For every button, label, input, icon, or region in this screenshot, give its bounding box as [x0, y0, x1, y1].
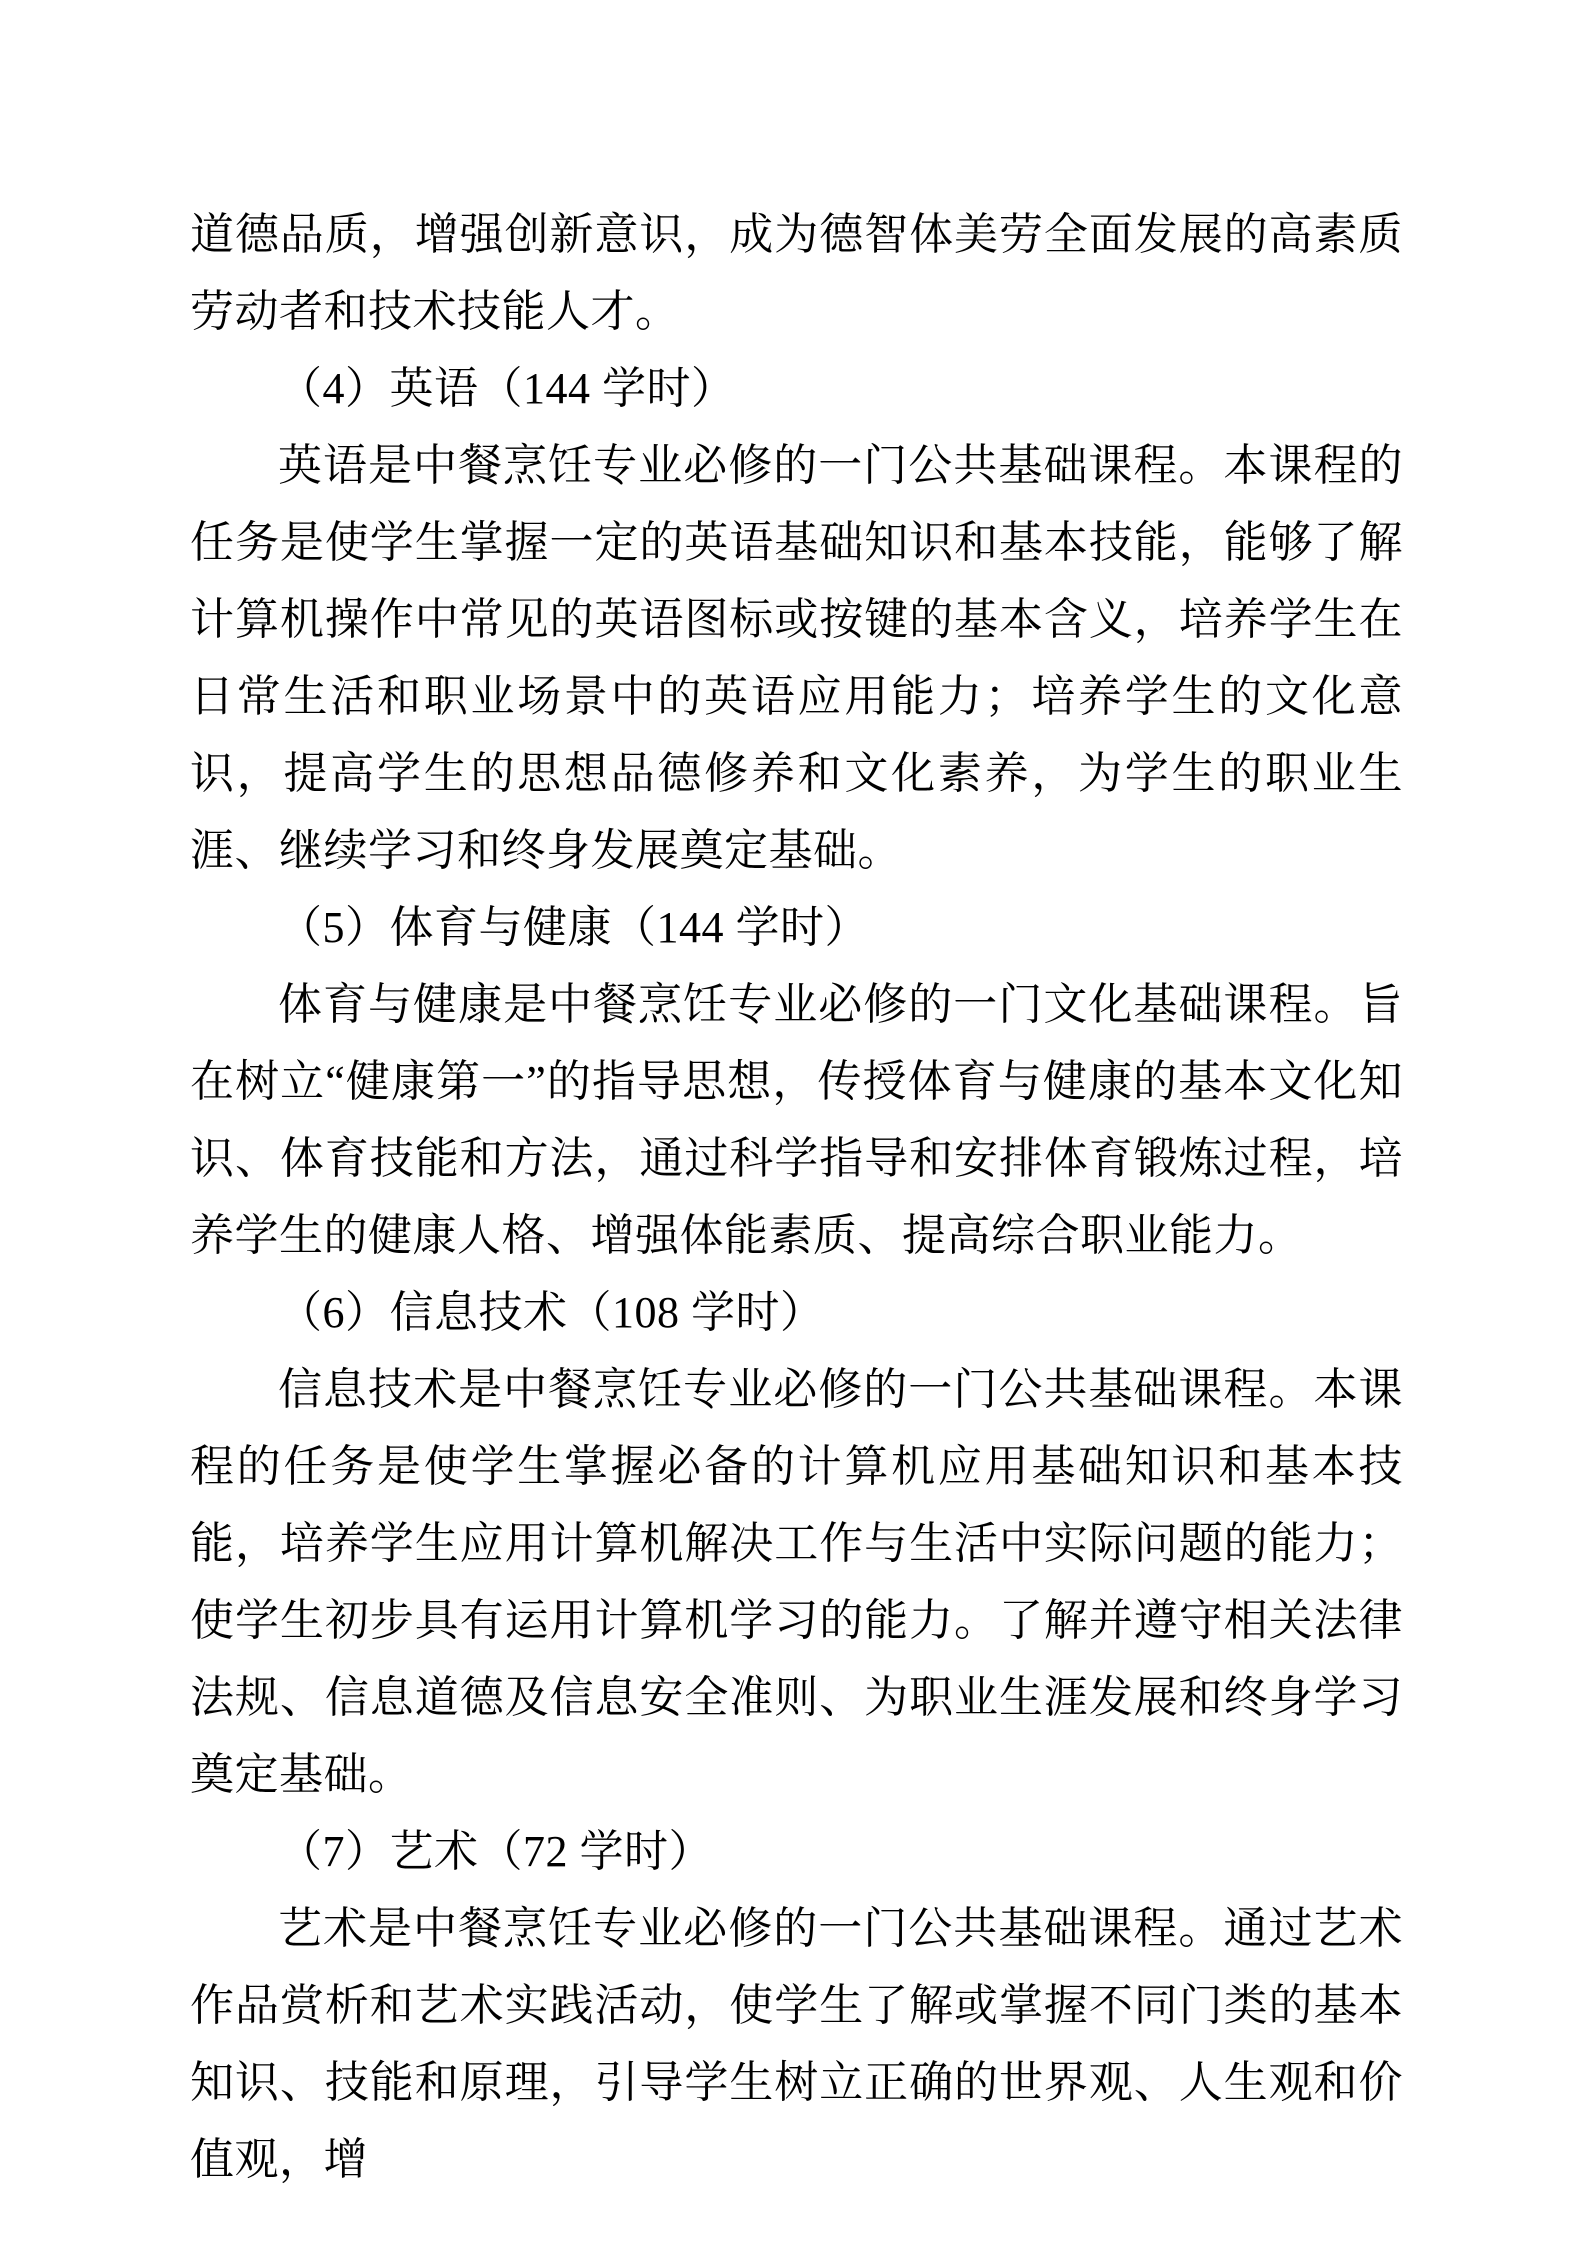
heading-course-4-english: （4）英语（144 学时） — [190, 350, 1403, 427]
paragraph-continuation-moral-quality: 道德品质，增强创新意识，成为德智体美劳全面发展的高素质劳动者和技术技能人才。 — [190, 196, 1403, 350]
document-content: 道德品质，增强创新意识，成为德智体美劳全面发展的高素质劳动者和技术技能人才。 （… — [190, 196, 1403, 2198]
paragraph-course-5-pe-health-description: 体育与健康是中餐烹饪专业必修的一门文化基础课程。旨在树立“健康第一”的指导思想，… — [190, 966, 1403, 1274]
heading-course-6-information-technology: （6）信息技术（108 学时） — [190, 1274, 1403, 1351]
heading-course-5-pe-health: （5）体育与健康（144 学时） — [190, 889, 1403, 966]
paragraph-course-4-english-description: 英语是中餐烹饪专业必修的一门公共基础课程。本课程的任务是使学生掌握一定的英语基础… — [190, 427, 1403, 889]
document-page: 道德品质，增强创新意识，成为德智体美劳全面发展的高素质劳动者和技术技能人才。 （… — [0, 0, 1587, 2245]
paragraph-course-7-art-description: 艺术是中餐烹饪专业必修的一门公共基础课程。通过艺术作品赏析和艺术实践活动，使学生… — [190, 1890, 1403, 2198]
heading-course-7-art: （7）艺术（72 学时） — [190, 1813, 1403, 1890]
paragraph-course-6-information-technology-description: 信息技术是中餐烹饪专业必修的一门公共基础课程。本课程的任务是使学生掌握必备的计算… — [190, 1351, 1403, 1813]
